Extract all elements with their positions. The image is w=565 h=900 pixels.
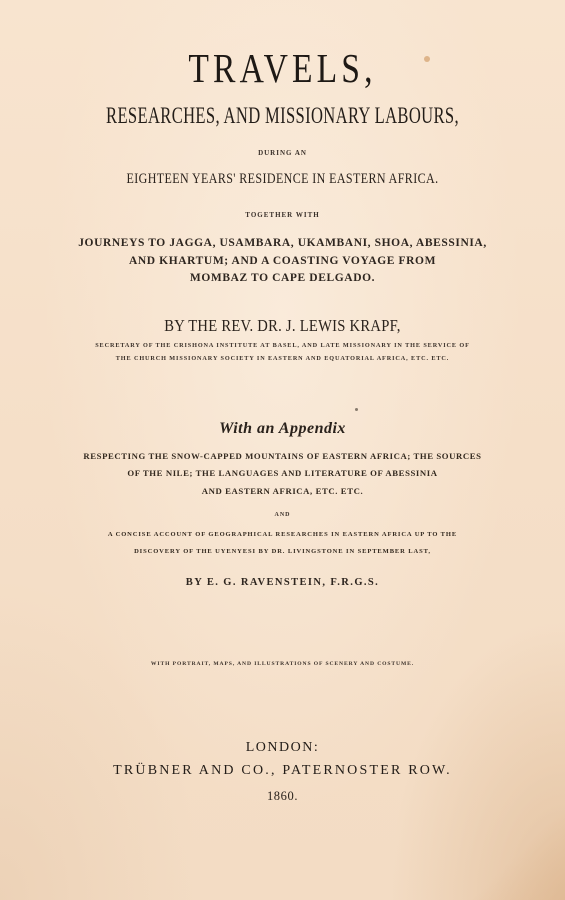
page-corner-shadow bbox=[445, 810, 565, 900]
residence-line: EIGHTEEN YEARS' RESIDENCE IN EASTERN AFR… bbox=[57, 172, 509, 187]
journeys-line-1: JOURNEYS TO JAGGA, USAMBARA, UKAMBANI, S… bbox=[0, 238, 565, 250]
concise-account-line-1: A CONCISE ACCOUNT OF GEOGRAPHICAL RESEAR… bbox=[0, 532, 565, 539]
appendix-heading: With an Appendix bbox=[0, 421, 565, 437]
author-description-line-1: SECRETARY OF THE CRISHONA INSTITUTE AT B… bbox=[0, 343, 565, 349]
imprint-year: 1860. bbox=[0, 790, 565, 803]
appendix-respecting-line-1: RESPECTING THE SNOW-CAPPED MOUNTAINS OF … bbox=[0, 452, 565, 461]
journeys-line-2: AND KHARTUM; AND A COASTING VOYAGE FROM bbox=[0, 256, 565, 268]
appendix-author: BY E. G. RAVENSTEIN, F.R.G.S. bbox=[0, 578, 565, 589]
during-text: DURING AN bbox=[0, 150, 565, 157]
book-title: TRAVELS, bbox=[51, 48, 514, 89]
appendix-respecting-line-3: AND EASTERN AFRICA, ETC. ETC. bbox=[0, 487, 565, 496]
imprint-publisher: TRÜBNER AND CO., PATERNOSTER ROW. bbox=[0, 764, 565, 778]
title-page: TRAVELS, RESEARCHES, AND MISSIONARY LABO… bbox=[0, 0, 565, 900]
concise-account-line-2: DISCOVERY OF THE UYENYESI BY DR. LIVINGS… bbox=[0, 549, 565, 556]
imprint-city: LONDON: bbox=[0, 741, 565, 755]
together-with-text: TOGETHER WITH bbox=[0, 212, 565, 219]
foxing-spot bbox=[355, 408, 358, 411]
author-description-line-2: THE CHURCH MISSIONARY SOCIETY IN EASTERN… bbox=[0, 356, 565, 362]
appendix-respecting-line-2: OF THE NILE; THE LANGUAGES AND LITERATUR… bbox=[0, 469, 565, 478]
author-line: BY THE REV. DR. J. LEWIS KRAPF, bbox=[40, 317, 526, 334]
and-text: AND bbox=[0, 512, 565, 518]
journeys-line-3: MOMBAZ TO CAPE DELGADO. bbox=[0, 273, 565, 285]
book-subtitle: RESEARCHES, AND MISSIONARY LABOURS, bbox=[79, 104, 486, 127]
illustrations-note: WITH PORTRAIT, MAPS, AND ILLUSTRATIONS O… bbox=[0, 662, 565, 668]
